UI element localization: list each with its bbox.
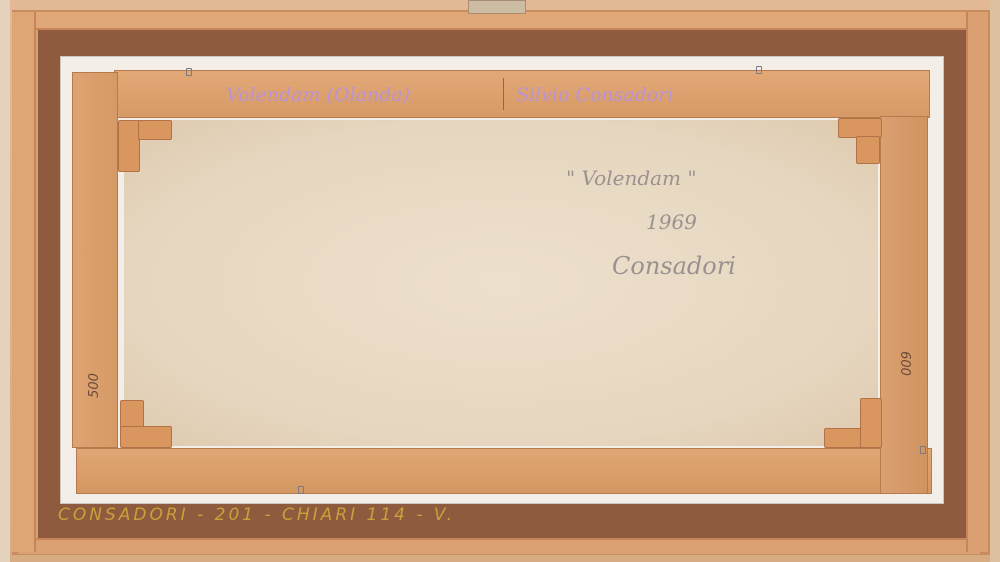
corner-key-top-left-b: [138, 120, 172, 140]
frame-edge-right: [990, 0, 1000, 562]
corner-key-top-right-b: [856, 136, 880, 164]
hanger-tab: [468, 0, 526, 14]
corner-key-top-right-a: [838, 118, 882, 138]
frame-rail-right: [966, 12, 988, 552]
staple: [186, 68, 192, 76]
corner-key-bottom-left-a: [120, 400, 144, 428]
corner-key-top-left-a: [118, 120, 140, 172]
left-bar-size-mark: 500: [87, 373, 102, 398]
frame-rail-left: [12, 12, 36, 552]
canvas-back: [124, 120, 878, 446]
stretcher-bar-bottom: [76, 448, 932, 494]
frame-rail-top: [18, 12, 980, 30]
stretcher-title-inscription: Volendam (Olanda): [226, 84, 410, 106]
staple: [298, 486, 304, 494]
painting-back-photo: CONSADORI - 201 - CHIARI 114 - V. Volend…: [0, 0, 1000, 562]
canvas-year-inscription: 1969: [646, 210, 697, 234]
canvas-signature: Consadori: [612, 252, 736, 280]
corner-key-bottom-left-b: [120, 426, 172, 448]
right-bar-size-mark: 600: [897, 351, 912, 376]
stretcher-ink-divider: [503, 78, 504, 110]
staple: [920, 446, 926, 454]
stretcher-artist-inscription: Silvio Consadori: [516, 84, 674, 106]
frame-rail-bottom: [18, 538, 980, 554]
frame-edge-left: [0, 0, 10, 562]
staple: [756, 66, 762, 74]
stretcher-bar-right: [880, 116, 928, 494]
canvas-title-inscription: " Volendam ": [566, 166, 697, 190]
liner-crayon-label: CONSADORI - 201 - CHIARI 114 - V.: [58, 505, 455, 525]
corner-key-bottom-right-b: [860, 398, 882, 448]
